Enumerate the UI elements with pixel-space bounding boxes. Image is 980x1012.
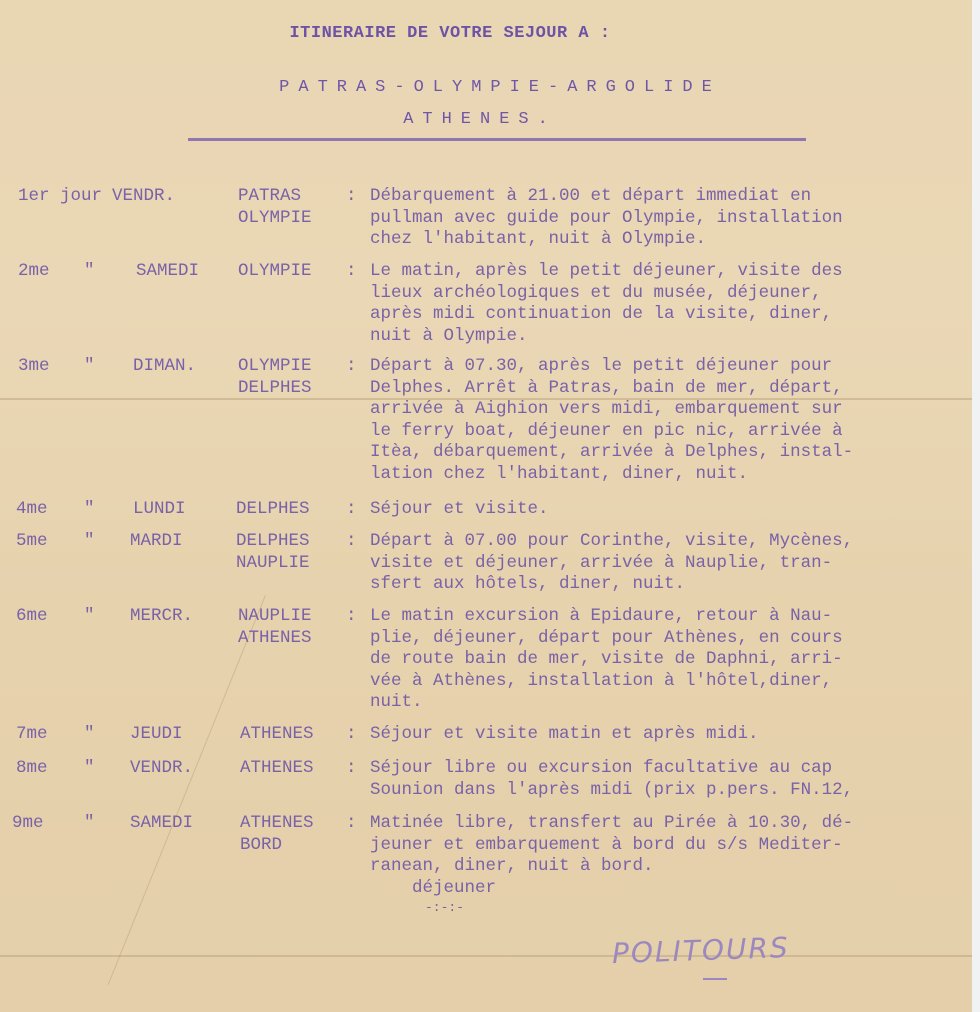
separator: :	[346, 261, 357, 283]
ditto-mark: "	[84, 813, 95, 835]
title-underline	[188, 138, 806, 141]
paper-fold	[0, 955, 972, 957]
weekday: MERCR.	[130, 606, 193, 628]
ditto-mark: "	[84, 499, 95, 521]
description: Départ à 07.00 pour Corinthe, visite, My…	[370, 531, 853, 596]
weekday: VENDR.	[112, 186, 175, 208]
places: DELPHES NAUPLIE	[236, 531, 310, 574]
places: ATHENES	[240, 724, 314, 746]
separator: :	[346, 813, 357, 835]
weekday: VENDR.	[130, 758, 193, 780]
weekday: SAMEDI	[130, 813, 193, 835]
signature: POLITOURS	[611, 931, 790, 970]
ditto-mark: "	[84, 261, 95, 283]
document-subtitle: PATRAS-OLYMPIE-ARGOLIDE	[0, 78, 980, 97]
day-number: 1er jour	[18, 186, 102, 208]
separator: :	[346, 356, 357, 378]
description: Séjour et visite matin et après midi.	[370, 724, 759, 746]
weekday: JEUDI	[130, 724, 183, 746]
end-mark: -:-:-	[425, 900, 464, 915]
ditto-mark: "	[84, 356, 95, 378]
weekday: SAMEDI	[136, 261, 199, 283]
separator: :	[346, 606, 357, 628]
places: DELPHES	[236, 499, 310, 521]
weekday: MARDI	[130, 531, 183, 553]
places: ATHENES BORD	[240, 813, 314, 856]
places: ATHENES	[240, 758, 314, 780]
document-subtitle-2: ATHENES.	[0, 110, 960, 129]
description: Débarquement à 21.00 et départ immediat …	[370, 186, 843, 251]
description: Séjour et visite.	[370, 499, 549, 521]
day-number: 2me	[18, 261, 50, 283]
day-number: 9me	[12, 813, 44, 835]
day-number: 6me	[16, 606, 48, 628]
document-page: ITINERAIRE DE VOTRE SEJOUR A : PATRAS-OL…	[0, 0, 972, 1012]
weekday: DIMAN.	[133, 356, 196, 378]
day-number: 8me	[16, 758, 48, 780]
places: NAUPLIE ATHENES	[238, 606, 312, 649]
ditto-mark: "	[84, 531, 95, 553]
day-number: 4me	[16, 499, 48, 521]
description: Matinée libre, transfert au Pirée à 10.3…	[370, 813, 853, 899]
document-title: ITINERAIRE DE VOTRE SEJOUR A :	[0, 24, 900, 43]
day-number: 7me	[16, 724, 48, 746]
description: Séjour libre ou excursion facultative au…	[370, 758, 853, 801]
ditto-mark: "	[84, 606, 95, 628]
description: Le matin excursion à Epidaure, retour à …	[370, 606, 843, 714]
places: PATRAS OLYMPIE	[238, 186, 312, 229]
separator: :	[346, 531, 357, 553]
ditto-mark: "	[84, 724, 95, 746]
signature-underline	[703, 978, 727, 980]
weekday: LUNDI	[133, 499, 186, 521]
description: Départ à 07.30, après le petit déjeuner …	[370, 356, 853, 485]
paper-crease	[108, 595, 266, 985]
places: OLYMPIE	[238, 261, 312, 283]
separator: :	[346, 499, 357, 521]
separator: :	[346, 724, 357, 746]
places: OLYMPIE DELPHES	[238, 356, 312, 399]
ditto-mark: "	[84, 758, 95, 780]
day-number: 5me	[16, 531, 48, 553]
separator: :	[346, 758, 357, 780]
separator: :	[346, 186, 357, 208]
description: Le matin, après le petit déjeuner, visit…	[370, 261, 843, 347]
day-number: 3me	[18, 356, 50, 378]
